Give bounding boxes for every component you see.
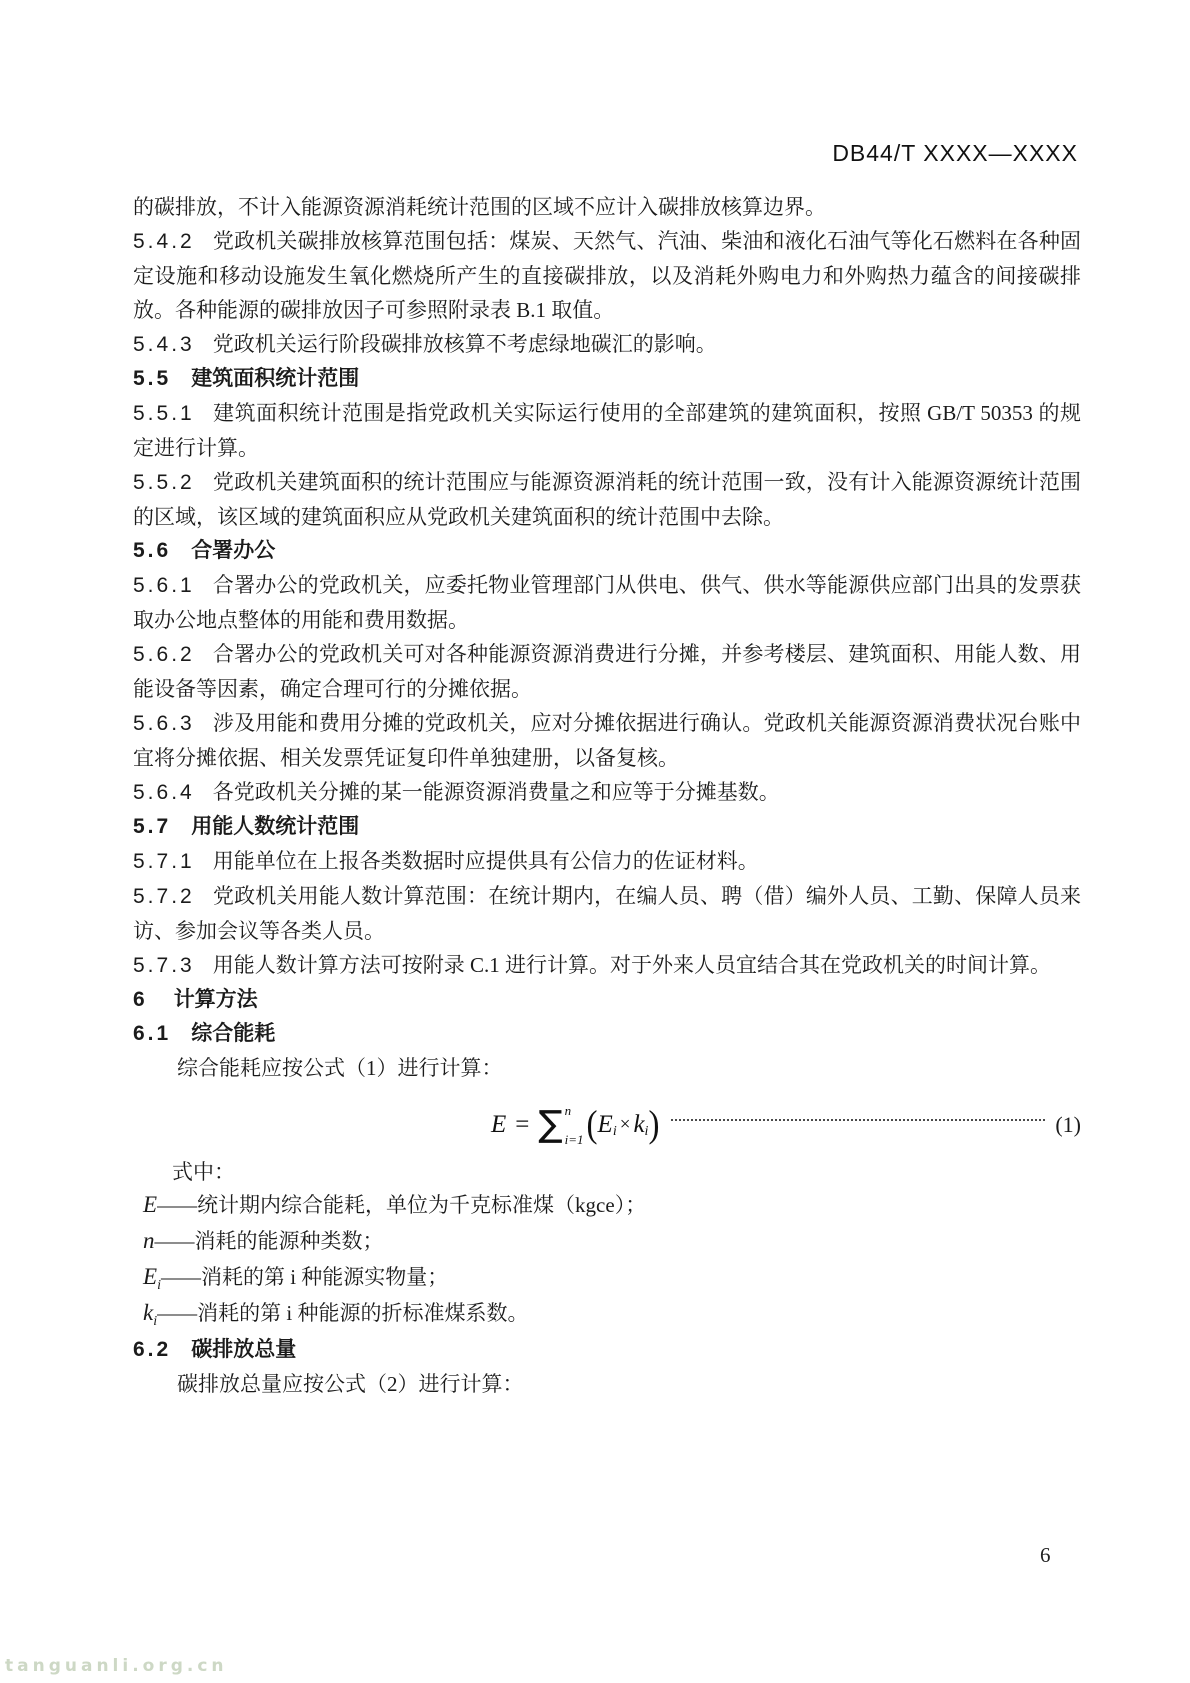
- formula-1-intro: 综合能耗应按公式（1）进行计算：: [133, 1051, 1081, 1085]
- equals-sign: =: [515, 1108, 529, 1142]
- section-heading-5-7: 5.7用能人数统计范围: [133, 810, 1081, 844]
- variable-E: E: [143, 1192, 157, 1217]
- multiply-sign: ×: [620, 1108, 631, 1142]
- term-e-subscript: i: [613, 1115, 617, 1149]
- variable-subscript: i: [157, 1278, 161, 1293]
- definition-text: 消耗的第 i 种能源实物量；: [201, 1265, 448, 1289]
- heading-number: 5.6: [133, 539, 171, 562]
- clause-number: 5.4.3: [133, 333, 195, 356]
- term-k-base: k: [633, 1108, 644, 1142]
- definition-dash: ——: [155, 1229, 193, 1253]
- variable-subscript: i: [153, 1314, 157, 1329]
- clause-5-7-1: 5.7.1用能单位在上报各类数据时应提供具有公信力的佐证材料。: [133, 844, 1081, 879]
- formula-2-intro: 碳排放总量应按公式（2）进行计算：: [133, 1367, 1081, 1401]
- heading-number: 6: [133, 988, 148, 1011]
- formula-1-number: (1): [1055, 1108, 1081, 1142]
- clause-5-4-3: 5.4.3党政机关运行阶段碳排放核算不考虑绿地碳汇的影响。: [133, 327, 1081, 362]
- clause-5-6-4: 5.6.4各党政机关分摊的某一能源资源消费量之和应等于分摊基数。: [133, 775, 1081, 810]
- chapter-heading-6: 6计算方法: [133, 983, 1081, 1017]
- formula-lhs: E: [491, 1108, 506, 1142]
- definition-Ei: Ei——消耗的第 i 种能源实物量；: [133, 1261, 1081, 1297]
- clause-5-7-3: 5.7.3用能人数计算方法可按附录 C.1 进行计算。对于外来人员宜结合其在党政…: [133, 948, 1081, 983]
- heading-title: 综合能耗: [191, 1022, 275, 1045]
- formula-1: E = ∑ n i=1 ( E i × k i ) (1): [133, 1101, 1081, 1149]
- definition-dash: ——: [157, 1301, 195, 1325]
- definition-text: 消耗的能源种类数；: [195, 1229, 384, 1253]
- heading-title: 建筑面积统计范围: [191, 367, 359, 390]
- clause-number: 5.5.2: [133, 471, 195, 494]
- open-paren: (: [587, 1106, 598, 1144]
- close-paren: ): [648, 1106, 659, 1144]
- clause-number: 5.4.2: [133, 230, 195, 253]
- standard-code-header: DB44/T XXXX—XXXX: [832, 140, 1078, 167]
- watermark-text: tanguanli.org.cn: [5, 1656, 228, 1676]
- variable-n: n: [143, 1228, 155, 1253]
- heading-number: 6.1: [133, 1022, 171, 1045]
- heading-number: 5.7: [133, 815, 171, 838]
- clause-5-5-2: 5.5.2党政机关建筑面积的统计范围应与能源资源消耗的统计范围一致，没有计入能源…: [133, 465, 1081, 534]
- heading-title: 用能人数统计范围: [191, 815, 359, 838]
- heading-title: 碳排放总量: [191, 1338, 296, 1361]
- definition-dash: ——: [161, 1265, 199, 1289]
- formula-1-expression: E = ∑ n i=1 ( E i × k i ): [491, 1103, 659, 1147]
- sigma-symbol: ∑: [538, 1107, 562, 1143]
- clause-text: 涉及用能和费用分摊的党政机关，应对分摊依据进行确认。党政机关能源资源消费状况台账…: [133, 711, 1081, 770]
- clause-text: 党政机关建筑面积的统计范围应与能源资源消耗的统计范围一致，没有计入能源资源统计范…: [133, 470, 1081, 529]
- variable-Ei: E: [143, 1264, 157, 1289]
- section-heading-5-5: 5.5建筑面积统计范围: [133, 362, 1081, 396]
- term-e-base: E: [598, 1108, 613, 1142]
- clause-number: 5.7.3: [133, 954, 195, 977]
- definition-text: 消耗的第 i 种能源的折标准煤系数。: [197, 1301, 528, 1325]
- page-number: 6: [1040, 1543, 1051, 1568]
- heading-title: 合署办公: [191, 539, 275, 562]
- dotted-leader: [671, 1119, 1045, 1121]
- sigma-lower-limit: i=1: [565, 1133, 584, 1146]
- document-page: DB44/T XXXX—XXXX 的碳排放，不计入能源资源消耗统计范围的区域不应…: [0, 0, 1190, 1683]
- clause-5-6-1: 5.6.1合署办公的党政机关，应委托物业管理部门从供电、供气、供水等能源供应部门…: [133, 568, 1081, 637]
- clause-number: 5.5.1: [133, 402, 195, 425]
- clause-number: 5.7.1: [133, 850, 195, 873]
- section-heading-5-6: 5.6合署办公: [133, 534, 1081, 568]
- sigma-upper-limit: n: [565, 1104, 584, 1117]
- definition-dash: ——: [157, 1193, 195, 1217]
- clause-text: 合署办公的党政机关可对各种能源资源消费进行分摊，并参考楼层、建筑面积、用能人数、…: [133, 642, 1081, 701]
- page-body: 的碳排放，不计入能源资源消耗统计范围的区域不应计入碳排放核算边界。 5.4.2党…: [133, 190, 1081, 1401]
- clause-number: 5.6.4: [133, 781, 195, 804]
- clause-number: 5.6.2: [133, 643, 195, 666]
- variable-ki: k: [143, 1300, 153, 1325]
- definition-text: 统计期内综合能耗，单位为千克标准煤（kgce）；: [197, 1193, 646, 1217]
- definition-ki: ki——消耗的第 i 种能源的折标准煤系数。: [133, 1297, 1081, 1333]
- section-heading-6-2: 6.2碳排放总量: [133, 1333, 1081, 1367]
- heading-title: 计算方法: [174, 988, 258, 1011]
- clause-5-7-2: 5.7.2党政机关用能人数计算范围：在统计期内，在编人员、聘（借）编外人员、工勤…: [133, 879, 1081, 948]
- clause-5-5-1: 5.5.1建筑面积统计范围是指党政机关实际运行使用的全部建筑的建筑面积，按照 G…: [133, 396, 1081, 465]
- where-label: 式中：: [133, 1155, 1081, 1189]
- clause-text: 建筑面积统计范围是指党政机关实际运行使用的全部建筑的建筑面积，按照 GB/T 5…: [133, 401, 1081, 460]
- clause-text: 党政机关运行阶段碳排放核算不考虑绿地碳汇的影响。: [213, 332, 717, 356]
- definition-E: E——统计期内综合能耗，单位为千克标准煤（kgce）；: [133, 1189, 1081, 1225]
- clause-text: 用能单位在上报各类数据时应提供具有公信力的佐证材料。: [213, 849, 759, 873]
- clause-text: 党政机关碳排放核算范围包括：煤炭、天然气、汽油、柴油和液化石油气等化石燃料在各种…: [133, 229, 1081, 322]
- clause-text: 党政机关用能人数计算范围：在统计期内，在编人员、聘（借）编外人员、工勤、保障人员…: [133, 884, 1081, 943]
- heading-number: 5.5: [133, 367, 171, 390]
- sigma-limits: n i=1: [565, 1103, 584, 1147]
- clause-5-4-2: 5.4.2党政机关碳排放核算范围包括：煤炭、天然气、汽油、柴油和液化石油气等化石…: [133, 224, 1081, 327]
- section-heading-6-1: 6.1综合能耗: [133, 1017, 1081, 1051]
- clause-number: 5.7.2: [133, 885, 195, 908]
- definition-n: n——消耗的能源种类数；: [133, 1225, 1081, 1261]
- clause-text: 用能人数计算方法可按附录 C.1 进行计算。对于外来人员宜结合其在党政机关的时间…: [213, 953, 1051, 977]
- continuation-paragraph: 的碳排放，不计入能源资源消耗统计范围的区域不应计入碳排放核算边界。: [133, 190, 1081, 224]
- clause-number: 5.6.1: [133, 574, 195, 597]
- clause-5-6-3: 5.6.3涉及用能和费用分摊的党政机关，应对分摊依据进行确认。党政机关能源资源消…: [133, 706, 1081, 775]
- clause-number: 5.6.3: [133, 712, 195, 735]
- clause-text: 各党政机关分摊的某一能源资源消费量之和应等于分摊基数。: [213, 780, 780, 804]
- clause-5-6-2: 5.6.2合署办公的党政机关可对各种能源资源消费进行分摊，并参考楼层、建筑面积、…: [133, 637, 1081, 706]
- clause-text: 合署办公的党政机关，应委托物业管理部门从供电、供气、供水等能源供应部门出具的发票…: [133, 573, 1081, 632]
- heading-number: 6.2: [133, 1338, 171, 1361]
